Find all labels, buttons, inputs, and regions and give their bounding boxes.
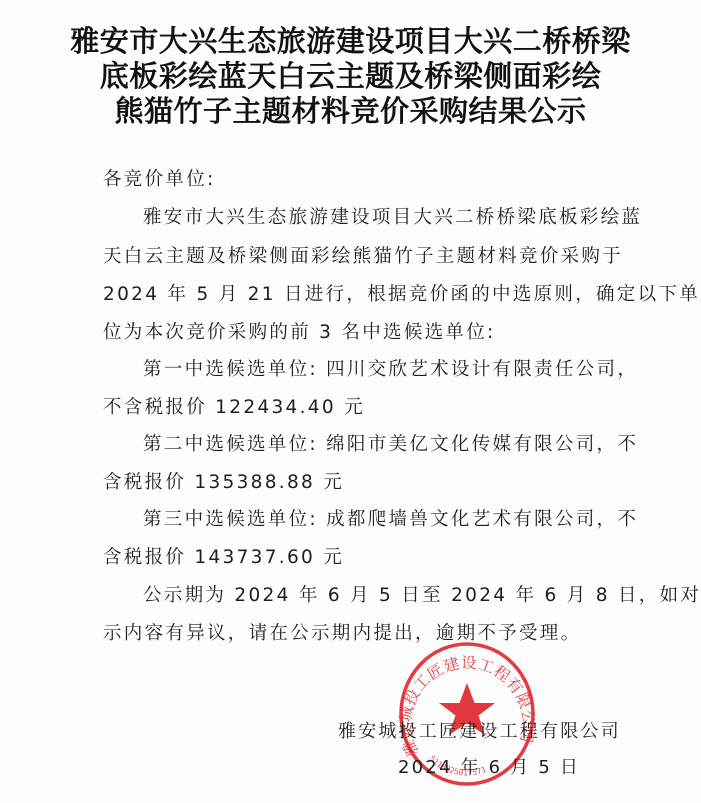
intro-line-2: 天白云主题及桥梁侧面彩绘熊猫竹子主题材料竞价采购于 <box>103 245 623 269</box>
candidate-1-line-2: 不含税报价 122434.40 元 <box>103 396 365 420</box>
intro-line-3: 2024 年 5 月 21 日进行，根据竞价函的中选原则，确定以下单 <box>103 283 700 307</box>
candidate-2-line-2: 含税报价 135388.88 元 <box>103 471 344 495</box>
salutation: 各竞价单位: <box>103 168 216 192</box>
title-line-1: 雅安市大兴生态旅游建设项目大兴二桥桥梁 <box>0 24 701 59</box>
candidate-3-line-1: 第三中选候选单位: 成都爬墙兽文化艺术有限公司，不 <box>143 508 638 532</box>
notice-line-1: 公示期为 2024 年 6 月 5 日至 2024 年 6 月 8 日，如对公 <box>143 584 701 608</box>
signature-date: 2024 年 6 月 5 日 <box>398 756 580 780</box>
candidate-2-line-1: 第二中选候选单位: 绵阳市美亿文化传媒有限公司，不 <box>143 433 638 457</box>
signature-company: 雅安城投工匠建设工程有限公司 <box>338 720 621 744</box>
title-line-3: 熊猫竹子主题材料竞价采购结果公示 <box>0 94 701 129</box>
candidate-1-line-1: 第一中选候选单位: 四川交欣艺术设计有限责任公司， <box>143 358 638 382</box>
title-line-2: 底板彩绘蓝天白云主题及桥梁侧面彩绘 <box>0 59 701 94</box>
intro-line-4: 位为本次竞价采购的前 3 名中选候选单位: <box>103 321 496 345</box>
candidate-3-line-2: 含税报价 143737.60 元 <box>103 546 344 570</box>
document-page: 雅安市大兴生态旅游建设项目大兴二桥桥梁 底板彩绘蓝天白云主题及桥梁侧面彩绘 熊猫… <box>0 0 701 803</box>
intro-line-1: 雅安市大兴生态旅游建设项目大兴二桥桥梁底板彩绘蓝 <box>143 206 642 230</box>
